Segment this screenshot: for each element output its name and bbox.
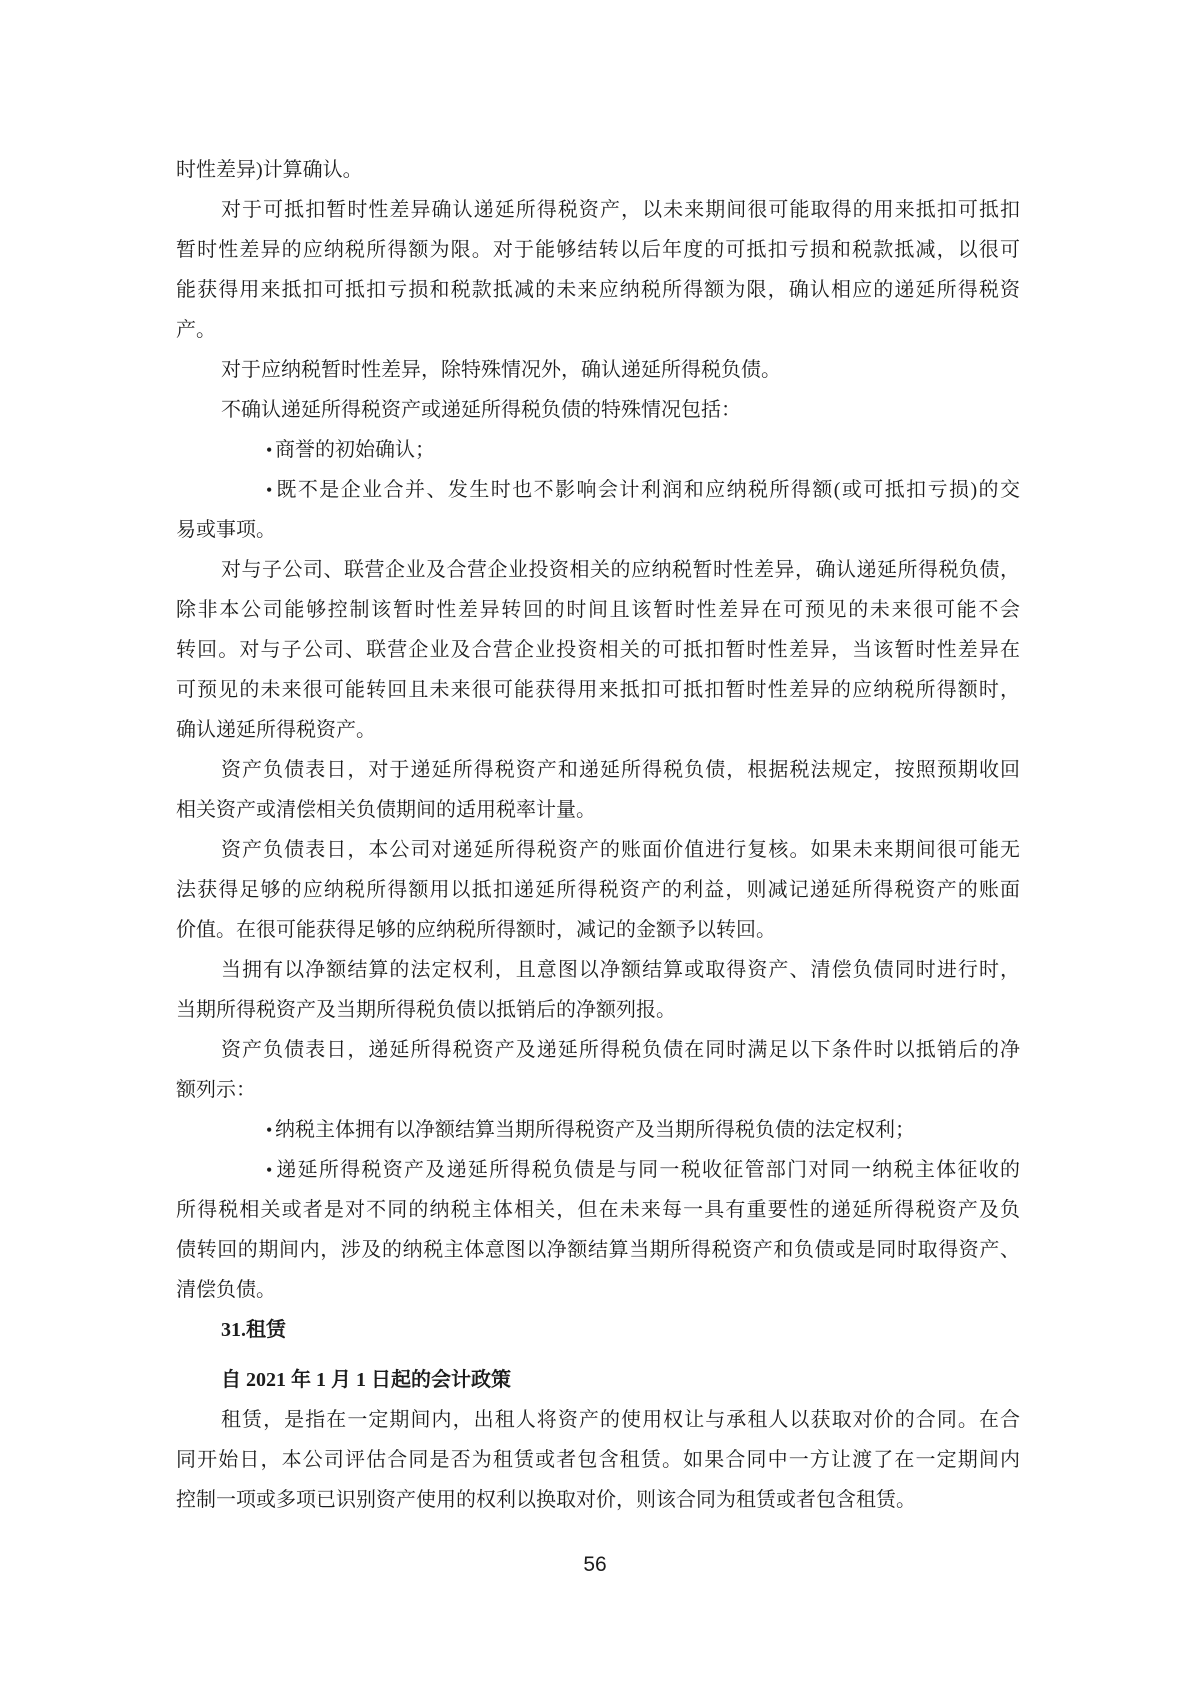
- text-line: 资产负债表日，递延所得税资产及递延所得税负债在同时满足以下条件时以抵销后的净: [176, 1030, 1020, 1070]
- paragraph: 当拥有以净额结算的法定权利，且意图以净额结算或取得资产、清偿负债同时进行时，当期…: [176, 950, 1020, 1030]
- text-line: 同开始日，本公司评估合同是否为租赁或者包含租赁。如果合同中一方让渡了在一定期间内: [176, 1440, 1020, 1480]
- text-line: 价值。在很可能获得足够的应纳税所得额时，减记的金额予以转回。: [176, 910, 1020, 950]
- text-line: 相关资产或清偿相关负债期间的适用税率计量。: [176, 790, 1020, 830]
- paragraph: 对于可抵扣暂时性差异确认递延所得税资产，以未来期间很可能取得的用来抵扣可抵扣暂时…: [176, 190, 1020, 350]
- text-line: 可预见的未来很可能转回且未来很可能获得用来抵扣可抵扣暂时性差异的应纳税所得额时，: [176, 670, 1020, 710]
- text-line: 控制一项或多项已识别资产使用的权利以换取对价，则该合同为租赁或者包含租赁。: [176, 1480, 1020, 1520]
- text-line: 额列示：: [176, 1070, 1020, 1110]
- bullet-text: 既不是企业合并、发生时也不影响会计利润和应纳税所得额(或可抵扣亏损)的交: [275, 479, 1020, 501]
- text-line: •既不是企业合并、发生时也不影响会计利润和应纳税所得额(或可抵扣亏损)的交: [176, 470, 1020, 510]
- text-line: •递延所得税资产及递延所得税负债是与同一税收征管部门对同一纳税主体征收的: [176, 1150, 1020, 1190]
- text-line: 对与子公司、联营企业及合营企业投资相关的应纳税暂时性差异，确认递延所得税负债，: [176, 550, 1020, 590]
- text-line: 产。: [176, 310, 1020, 350]
- text-line: 资产负债表日，本公司对递延所得税资产的账面价值进行复核。如果未来期间很可能无: [176, 830, 1020, 870]
- text-line: 对于应纳税暂时性差异，除特殊情况外，确认递延所得税负债。: [176, 350, 1020, 390]
- text-line: 除非本公司能够控制该暂时性差异转回的时间且该暂时性差异在可预见的未来很可能不会: [176, 590, 1020, 630]
- text-line: 租赁，是指在一定期间内，出租人将资产的使用权让与承租人以获取对价的合同。在合: [176, 1400, 1020, 1440]
- text-line: 法获得足够的应纳税所得额用以抵扣递延所得税资产的利益，则减记递延所得税资产的账面: [176, 870, 1020, 910]
- text-line: 不确认递延所得税资产或递延所得税负债的特殊情况包括：: [176, 390, 1020, 430]
- paragraph: 租赁，是指在一定期间内，出租人将资产的使用权让与承租人以获取对价的合同。在合同开…: [176, 1400, 1020, 1520]
- text-line: 转回。对与子公司、联营企业及合营企业投资相关的可抵扣暂时性差异，当该暂时性差异在: [176, 630, 1020, 670]
- bullet-icon: •: [221, 1150, 233, 1190]
- text-line: 当拥有以净额结算的法定权利，且意图以净额结算或取得资产、清偿负债同时进行时，: [176, 950, 1020, 990]
- paragraph: 对于应纳税暂时性差异，除特殊情况外，确认递延所得税负债。: [176, 350, 1020, 390]
- bullet-icon: •: [221, 470, 233, 510]
- paragraph: 对与子公司、联营企业及合营企业投资相关的应纳税暂时性差异，确认递延所得税负债，除…: [176, 550, 1020, 750]
- page-number: 56: [583, 1553, 606, 1576]
- page-footer: 56: [0, 1553, 1190, 1577]
- text-line: 清偿负债。: [176, 1270, 1020, 1310]
- text-line: 能获得用来抵扣可抵扣亏损和税款抵减的未来应纳税所得额为限，确认相应的递延所得税资: [176, 270, 1020, 310]
- text-line: 债转回的期间内，涉及的纳税主体意图以净额结算当期所得税资产和负债或是同时取得资产…: [176, 1230, 1020, 1270]
- paragraph: 资产负债表日，递延所得税资产及递延所得税负债在同时满足以下条件时以抵销后的净额列…: [176, 1030, 1020, 1110]
- text-line: 自 2021 年 1 月 1 日起的会计政策: [176, 1360, 1020, 1400]
- bullet-item: •纳税主体拥有以净额结算当期所得税资产及当期所得税负债的法定权利；: [176, 1110, 1020, 1150]
- paragraph: 资产负债表日，本公司对递延所得税资产的账面价值进行复核。如果未来期间很可能无法获…: [176, 830, 1020, 950]
- text-line: •商誉的初始确认；: [176, 430, 1020, 470]
- bullet-text: 递延所得税资产及递延所得税负债是与同一税收征管部门对同一纳税主体征收的: [275, 1159, 1020, 1181]
- bullet-text: 商誉的初始确认；: [275, 439, 435, 461]
- text-line: 所得税相关或者是对不同的纳税主体相关，但在未来每一具有重要性的递延所得税资产及负: [176, 1190, 1020, 1230]
- text-line: 暂时性差异的应纳税所得额为限。对于能够结转以后年度的可抵扣亏损和税款抵减，以很可: [176, 230, 1020, 270]
- subsection-heading: 自 2021 年 1 月 1 日起的会计政策: [176, 1360, 1020, 1400]
- bullet-icon: •: [221, 430, 233, 470]
- text-line: 易或事项。: [176, 510, 1020, 550]
- bullet-text: 纳税主体拥有以净额结算当期所得税资产及当期所得税负债的法定权利；: [275, 1119, 915, 1141]
- bullet-item: •既不是企业合并、发生时也不影响会计利润和应纳税所得额(或可抵扣亏损)的交易或事…: [176, 470, 1020, 550]
- bullet-item: •商誉的初始确认；: [176, 430, 1020, 470]
- bullet-icon: •: [221, 1110, 233, 1150]
- text-line: 当期所得税资产及当期所得税负债以抵销后的净额列报。: [176, 990, 1020, 1030]
- text-line: •纳税主体拥有以净额结算当期所得税资产及当期所得税负债的法定权利；: [176, 1110, 1020, 1150]
- paragraph-continuation: 时性差异)计算确认。: [176, 150, 1020, 190]
- text-line: 对于可抵扣暂时性差异确认递延所得税资产，以未来期间很可能取得的用来抵扣可抵扣: [176, 190, 1020, 230]
- paragraph: 不确认递延所得税资产或递延所得税负债的特殊情况包括：: [176, 390, 1020, 430]
- text-line: 确认递延所得税资产。: [176, 710, 1020, 750]
- text-line: 资产负债表日，对于递延所得税资产和递延所得税负债，根据税法规定，按照预期收回: [176, 750, 1020, 790]
- paragraph: 资产负债表日，对于递延所得税资产和递延所得税负债，根据税法规定，按照预期收回相关…: [176, 750, 1020, 830]
- document-body: 时性差异)计算确认。对于可抵扣暂时性差异确认递延所得税资产，以未来期间很可能取得…: [176, 150, 1020, 1520]
- text-line: 时性差异)计算确认。: [176, 150, 1020, 190]
- section-heading: 31.租赁: [176, 1310, 1020, 1350]
- bullet-item: •递延所得税资产及递延所得税负债是与同一税收征管部门对同一纳税主体征收的所得税相…: [176, 1150, 1020, 1310]
- text-line: 31.租赁: [176, 1310, 1020, 1350]
